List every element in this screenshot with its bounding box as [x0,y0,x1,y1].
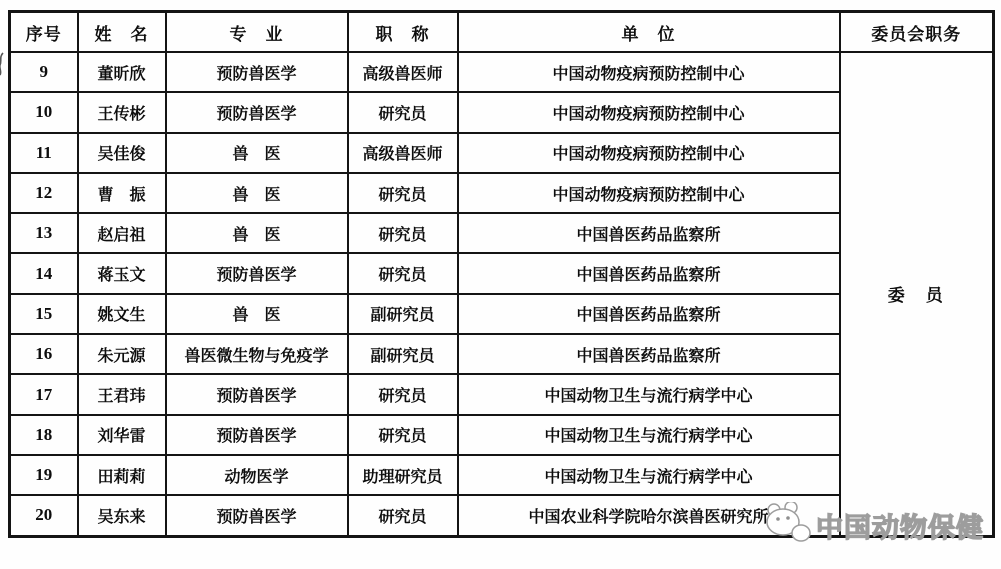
cell-major: 兽 医 [166,133,348,173]
cell-name: 田莉莉 [78,455,166,495]
cell-major: 预防兽医学 [166,374,348,414]
cell-name: 朱元源 [78,334,166,374]
committee-roster-table: 序号 姓 名 专 业 职 称 单 位 委员会职务 9 董昕欣 预防兽医学 高级兽… [8,10,995,538]
cell-title: 副研究员 [348,334,458,374]
col-header-title: 职 称 [348,12,458,53]
cell-title: 助理研究员 [348,455,458,495]
header-row: 序号 姓 名 专 业 职 称 单 位 委员会职务 [10,12,994,53]
col-header-no: 序号 [10,12,78,53]
col-header-name: 姓 名 [78,12,166,53]
cell-no: 19 [10,455,78,495]
cell-major: 预防兽医学 [166,52,348,92]
cell-title: 研究员 [348,92,458,132]
left-edge-stray-mark [0,52,5,76]
col-header-org: 单 位 [458,12,840,53]
cell-name: 王传彬 [78,92,166,132]
cell-org: 中国动物疫病预防控制中心 [458,92,840,132]
cell-title: 研究员 [348,213,458,253]
cell-major: 动物医学 [166,455,348,495]
cell-no: 10 [10,92,78,132]
cell-name: 刘华雷 [78,415,166,455]
cell-title: 研究员 [348,495,458,536]
cell-org: 中国兽医药品监察所 [458,253,840,293]
cell-no: 16 [10,334,78,374]
cell-no: 12 [10,173,78,213]
table-row: 9 董昕欣 预防兽医学 高级兽医师 中国动物疫病预防控制中心 委 员 [10,52,994,92]
cell-org: 中国动物疫病预防控制中心 [458,52,840,92]
cell-org: 中国动物疫病预防控制中心 [458,173,840,213]
cell-org: 中国兽医药品监察所 [458,213,840,253]
cell-major: 预防兽医学 [166,253,348,293]
cell-major: 预防兽医学 [166,92,348,132]
cell-org: 中国动物卫生与流行病学中心 [458,455,840,495]
cell-major: 兽 医 [166,213,348,253]
cell-title: 副研究员 [348,294,458,334]
cell-no: 11 [10,133,78,173]
cell-title: 研究员 [348,173,458,213]
cell-title: 高级兽医师 [348,133,458,173]
cell-name: 王君玮 [78,374,166,414]
cell-no: 13 [10,213,78,253]
cell-title: 高级兽医师 [348,52,458,92]
document-page: 序号 姓 名 专 业 职 称 单 位 委员会职务 9 董昕欣 预防兽医学 高级兽… [0,0,1001,569]
cell-major: 预防兽医学 [166,495,348,536]
cell-org: 中国兽医药品监察所 [458,294,840,334]
cell-major: 兽 医 [166,173,348,213]
cell-committee-position: 委 员 [840,52,994,536]
cell-org: 中国动物卫生与流行病学中心 [458,415,840,455]
cell-no: 17 [10,374,78,414]
cell-org: 中国动物卫生与流行病学中心 [458,374,840,414]
col-header-major: 专 业 [166,12,348,53]
cell-no: 20 [10,495,78,536]
cell-org: 中国兽医药品监察所 [458,334,840,374]
cell-no: 9 [10,52,78,92]
cell-name: 董昕欣 [78,52,166,92]
cell-major: 预防兽医学 [166,415,348,455]
cell-org: 中国动物疫病预防控制中心 [458,133,840,173]
cell-org: 中国农业科学院哈尔滨兽医研究所 [458,495,840,536]
cell-no: 14 [10,253,78,293]
cell-name: 吴东来 [78,495,166,536]
cell-title: 研究员 [348,253,458,293]
cell-major: 兽医微生物与免疫学 [166,334,348,374]
cell-title: 研究员 [348,415,458,455]
cell-name: 赵启祖 [78,213,166,253]
cell-title: 研究员 [348,374,458,414]
cell-name: 姚文生 [78,294,166,334]
cell-name: 曹 振 [78,173,166,213]
cell-no: 18 [10,415,78,455]
cell-name: 吴佳俊 [78,133,166,173]
cell-name: 蒋玉文 [78,253,166,293]
col-header-position: 委员会职务 [840,12,994,53]
cell-no: 15 [10,294,78,334]
cell-major: 兽 医 [166,294,348,334]
